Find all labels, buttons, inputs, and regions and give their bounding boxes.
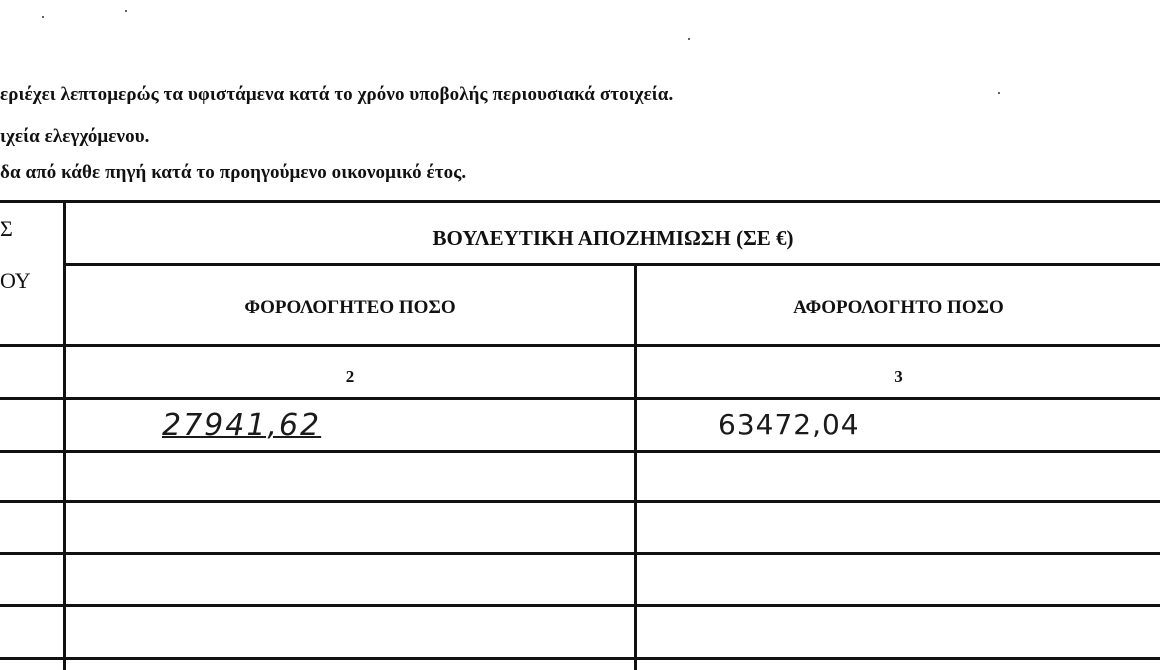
table-rule-top	[0, 200, 1160, 203]
col-header-taxable: ΦΟΡΟΛΟΓΗΤΕΟ ΠΟΣΟ	[66, 297, 634, 319]
intro-line-income-sources: δα από κάθε πηγή κατά το προηγούμενο οικ…	[0, 162, 466, 184]
handwritten-non-taxable-amount: 63472,04	[718, 408, 860, 441]
table-rule-group-header	[66, 263, 1160, 266]
col-number-3: 3	[637, 367, 1160, 387]
intro-line-assets: εριέχει λεπτομερώς τα υφιστάμενα κατά το…	[0, 84, 673, 106]
table-rule-row	[0, 450, 1160, 453]
table-col-divider-mid	[634, 263, 637, 670]
table-rule-headers	[0, 344, 1160, 347]
table-rule-row	[0, 500, 1160, 503]
table-rule-row	[0, 657, 1160, 660]
scan-speck	[125, 10, 127, 12]
scan-speck	[688, 38, 690, 40]
col-number-2: 2	[66, 367, 634, 387]
table-rule-row	[0, 552, 1160, 555]
left-col-header-part2: ΟΥ	[0, 268, 31, 294]
col-header-non-taxable: ΑΦΟΡΟΛΟΓΗΤΟ ΠΟΣΟ	[637, 297, 1160, 319]
scan-speck	[42, 16, 44, 18]
left-col-header-part1: Σ	[0, 216, 13, 242]
table-rule-row	[0, 604, 1160, 607]
scan-speck	[998, 92, 1000, 94]
intro-line-audited-person: ιχεία ελεγχόμενου.	[0, 126, 150, 148]
handwritten-taxable-amount: 27941,62	[162, 408, 321, 443]
group-header-parliamentary-compensation: ΒΟΥΛΕΥΤΙΚΗ ΑΠΟΖΗΜΙΩΣΗ (ΣΕ €)	[66, 226, 1160, 251]
table-rule-colnums	[0, 397, 1160, 400]
table-col-divider-left	[63, 200, 66, 670]
